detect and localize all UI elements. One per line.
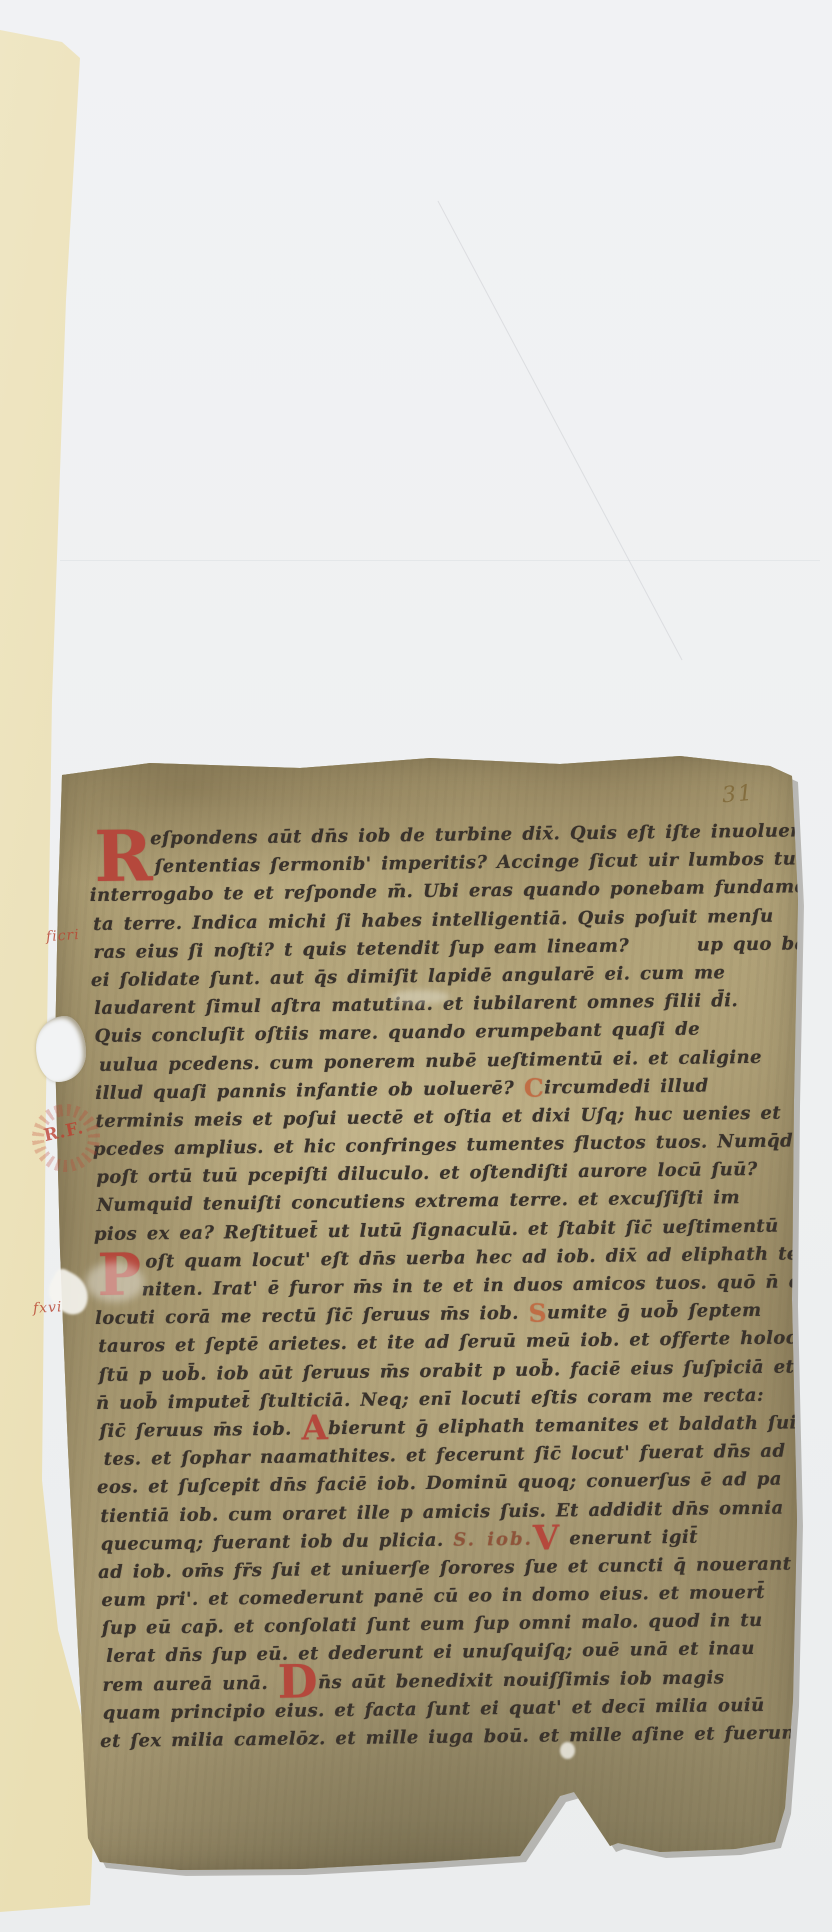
line-container: eſpondens aūt dn̄s iob de turbine dix̄. …	[92, 817, 803, 1756]
line-segment: enerunt igit̄	[560, 1526, 699, 1549]
line-segment: illud quaſi pannis infantie ob uoluerē?	[95, 1077, 524, 1103]
line-segment: rem aureā unā.	[102, 1672, 277, 1695]
marginal-note-top: ficri	[45, 927, 80, 945]
line-segment: ircumdedi illud	[544, 1075, 709, 1098]
marginal-note-bottom: fxvi	[33, 1299, 63, 1317]
parchment-leaf: 31 R P eſpondens aūt dn̄s iob de turbine…	[50, 752, 805, 1877]
line-segment: n̄s aūt benedixit nouiſſimis iob magis	[318, 1667, 725, 1693]
manuscript-photo: 31 R P eſpondens aūt dn̄s iob de turbine…	[0, 0, 832, 1932]
text-block: R P eſpondens aūt dn̄s iob de turbine di…	[92, 817, 804, 1785]
line-segment: bierunt ḡ eliphath temanites et baldath …	[328, 1412, 797, 1439]
inline-initial: S	[528, 1299, 547, 1328]
inline-initial: D	[277, 1654, 318, 1708]
line-segment: ſic̄ ſeruus m̄s iob.	[99, 1418, 301, 1441]
line-segment: umite ḡ uob̄ ſeptem	[547, 1300, 762, 1324]
parchment-hole	[36, 1016, 86, 1082]
paper-crease	[437, 201, 682, 661]
faded-rubric: S. iob.	[453, 1528, 533, 1550]
paper-crease	[60, 560, 820, 561]
inline-initial: C	[524, 1073, 545, 1102]
line-segment: quecumq; fuerant iob du plicia.	[101, 1529, 454, 1554]
folio-number: 31	[721, 781, 755, 809]
line-segment: locuti corā me rectū ſic̄ ſeruus m̄s iob…	[95, 1303, 529, 1329]
